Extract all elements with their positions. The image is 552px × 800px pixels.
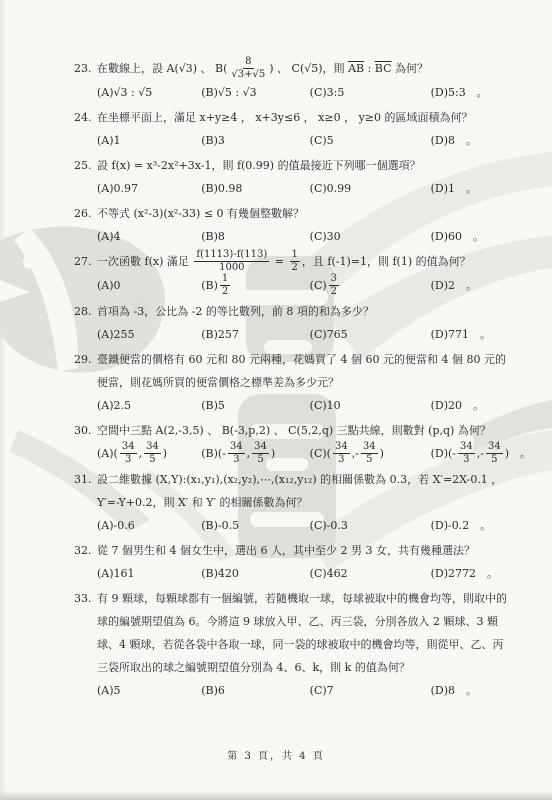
option-label: (C) — [310, 182, 327, 195]
option-value: 2.5 — [114, 399, 132, 412]
option-a: (A)-0.6 — [97, 514, 201, 537]
option-value: 6 — [218, 684, 225, 697]
option-label: (D) — [431, 279, 448, 292]
option-label: (D) — [431, 134, 448, 147]
option-value: 7 — [327, 684, 334, 697]
option-b: (B)-0.5 — [201, 514, 309, 537]
option-d: (D)2 。 — [431, 274, 514, 297]
option-label: (D) — [431, 86, 448, 99]
option-value: -0.5 — [218, 519, 239, 532]
option-label: (D) — [431, 519, 448, 532]
option-c: (C)7 — [310, 679, 431, 702]
option-b: (B)12 — [201, 274, 309, 298]
question-number: 23. — [74, 57, 97, 80]
option-d: (D)5:3 。 — [431, 81, 514, 104]
option-label: (A) — [97, 567, 114, 580]
question-26: 26. 不等式 (x²-3)(x²-33) ≤ 0 有幾個整數解？ (A)4 (… — [74, 202, 514, 248]
question-stem-row: 23. 在數線上，設 A(√3) 、 B(8√3+√5) 、 C(√5)，則 A… — [74, 57, 514, 81]
option-d: (D)20 。 — [431, 394, 514, 417]
question-number: 25. — [74, 154, 97, 177]
question-number: 30. — [74, 419, 97, 442]
question-27: 27. 一次函數 f(x) 滿足 f(1113)-f(113)1000 = 12… — [74, 250, 514, 298]
option-label: (B) — [201, 684, 218, 697]
question-stem-row: 33. 有 9 顆球，每顆球都有一個編號，若隨機取一球，每球被取中的機會均等，則… — [74, 587, 514, 679]
option-label: (A) — [97, 328, 114, 341]
option-value: 161 — [114, 567, 135, 580]
option-value: 30 — [327, 230, 341, 243]
option-c: (C)-0.3 — [310, 514, 431, 537]
option-a: (A)1 — [97, 129, 201, 152]
option-a: (A)0 — [97, 274, 201, 297]
option-a: (A)(343,345) — [97, 442, 201, 466]
question-29: 29. 臺鐵便當的價格有 60 元和 80 元兩種，花媽買了 4 個 60 元的… — [74, 348, 514, 417]
option-c: (C)10 — [310, 394, 431, 417]
option-label: (B) — [201, 86, 218, 99]
option-a: (A)4 — [97, 225, 201, 248]
option-label: (B) — [201, 279, 218, 292]
option-label: (A) — [97, 182, 114, 195]
option-d: (D)8 。 — [431, 129, 514, 152]
option-label: (A) — [97, 86, 114, 99]
option-label: (D) — [431, 230, 448, 243]
option-value: 420 — [218, 567, 239, 580]
options-row: (A)161 (B)420 (C)462 (D)2772 。 — [74, 562, 514, 585]
option-label: (C) — [310, 328, 327, 341]
option-value: 255 — [114, 328, 135, 341]
option-label: (B) — [201, 519, 218, 532]
options-row: (A)(343,345) (B)(-343,345) (C)(343,-345)… — [74, 442, 514, 466]
question-stem-row: 28. 首項為 -3，公比為 -2 的等比數列，前 8 項的和為多少？ — [74, 300, 514, 323]
question-stem: 從 7 個男生和 4 個女生中，選出 6 人，其中至少 2 男 3 女，共有幾種… — [97, 539, 514, 562]
option-label: (B) — [201, 230, 218, 243]
option-d: (D)-0.2 。 — [431, 514, 514, 537]
question-stem: 臺鐵便當的價格有 60 元和 80 元兩種，花媽買了 4 個 60 元的便當和 … — [97, 348, 514, 394]
option-label: (D) — [431, 567, 448, 580]
option-value: 257 — [218, 328, 239, 341]
option-d: (D)60 。 — [431, 225, 514, 248]
option-c: (C)32 — [310, 274, 431, 298]
options-row: (A)1 (B)3 (C)5 (D)8 。 — [74, 129, 514, 152]
option-value: 32 — [327, 279, 341, 292]
option-value: 1 — [114, 134, 121, 147]
option-value: -0.2 。 — [448, 519, 491, 532]
option-label: (B) — [201, 567, 218, 580]
option-value: 5 — [327, 134, 334, 147]
question-number: 27. — [74, 250, 97, 273]
option-b: (B)257 — [201, 323, 309, 346]
option-label: (D) — [431, 182, 448, 195]
option-c: (C)462 — [310, 562, 431, 585]
option-value: 5 — [218, 399, 225, 412]
question-stem-row: 27. 一次函數 f(x) 滿足 f(1113)-f(113)1000 = 12… — [74, 250, 514, 274]
question-stem-row: 29. 臺鐵便當的價格有 60 元和 80 元兩種，花媽買了 4 個 60 元的… — [74, 348, 514, 394]
option-value: 765 — [327, 328, 348, 341]
options-row: (A)255 (B)257 (C)765 (D)771 。 — [74, 323, 514, 346]
question-number: 28. — [74, 300, 97, 323]
option-value: 12 — [218, 279, 232, 292]
question-31: 31. 設二維數據 (X,Y):(x₁,y₁),(x₂,y₂),⋯,(x₁₂,y… — [74, 468, 514, 537]
question-33: 33. 有 9 顆球，每顆球都有一個編號，若隨機取一球，每球被取中的機會均等，則… — [74, 587, 514, 702]
option-label: (C) — [310, 684, 327, 697]
option-label: (A) — [97, 447, 114, 460]
option-value: 8 — [218, 230, 225, 243]
question-24: 24. 在坐標平面上，滿足 x+y≥4 ， x+3y≤6 ， x≥0 ， y≥0… — [74, 106, 514, 152]
option-value: 8 。 — [448, 134, 477, 147]
question-stem: 首項為 -3，公比為 -2 的等比數列，前 8 項的和為多少？ — [97, 300, 514, 323]
option-label: (D) — [431, 684, 448, 697]
option-value: 5 — [114, 684, 121, 697]
question-stem: 一次函數 f(x) 滿足 f(1113)-f(113)1000 = 12，且 f… — [97, 250, 514, 274]
option-b: (B)0.98 — [201, 177, 309, 200]
question-25: 25. 設 f(x) = x³-2x²+3x-1，則 f(0.99) 的值最接近… — [74, 154, 514, 200]
options-row: (A)-0.6 (B)-0.5 (C)-0.3 (D)-0.2 。 — [74, 514, 514, 537]
option-d: (D)8 。 — [431, 679, 514, 702]
option-c: (C)(343,-345) — [310, 442, 431, 466]
question-stem: 空間中三點 A(2,-3,5) 、 B(-3,p,2) 、 C(5,2,q) 三… — [97, 419, 514, 442]
question-32: 32. 從 7 個男生和 4 個女生中，選出 6 人，其中至少 2 男 3 女，… — [74, 539, 514, 585]
option-label: (A) — [97, 134, 114, 147]
option-label: (A) — [97, 230, 114, 243]
option-c: (C)0.99 — [310, 177, 431, 200]
question-28: 28. 首項為 -3，公比為 -2 的等比數列，前 8 項的和為多少？ (A)2… — [74, 300, 514, 346]
option-label: (C) — [310, 279, 327, 292]
question-number: 32. — [74, 539, 97, 562]
option-value: 0.99 — [327, 182, 352, 195]
exam-page: 23. 在數線上，設 A(√3) 、 B(8√3+√5) 、 C(√5)，則 A… — [0, 0, 552, 800]
question-stem: 設 f(x) = x³-2x²+3x-1，則 f(0.99) 的值最接近下列哪一… — [97, 154, 514, 177]
option-b: (B)3 — [201, 129, 309, 152]
question-stem-row: 25. 設 f(x) = x³-2x²+3x-1，則 f(0.99) 的值最接近… — [74, 154, 514, 177]
option-b: (B)5 — [201, 394, 309, 417]
question-number: 31. — [74, 468, 97, 491]
option-label: (C) — [310, 134, 327, 147]
option-c: (C)30 — [310, 225, 431, 248]
option-label: (A) — [97, 399, 114, 412]
question-stem: 在數線上，設 A(√3) 、 B(8√3+√5) 、 C(√5)，則 AB : … — [97, 57, 514, 81]
options-row: (A)√3 : √5 (B)√5 : √3 (C)3:5 (D)5:3 。 — [74, 81, 514, 104]
option-c: (C)5 — [310, 129, 431, 152]
option-b: (B)6 — [201, 679, 309, 702]
question-stem: 在坐標平面上，滿足 x+y≥4 ， x+3y≤6 ， x≥0 ， y≥0 的區域… — [97, 106, 514, 129]
option-value: 20 。 — [448, 399, 484, 412]
option-c: (C)3:5 — [310, 81, 431, 104]
option-value: 1 。 — [448, 182, 477, 195]
options-row: (A)5 (B)6 (C)7 (D)8 。 — [74, 679, 514, 702]
option-label: (C) — [310, 447, 327, 460]
option-a: (A)161 — [97, 562, 201, 585]
option-label: (B) — [201, 447, 218, 460]
option-label: (D) — [431, 447, 448, 460]
option-value: 3 — [218, 134, 225, 147]
option-label: (A) — [97, 519, 114, 532]
option-value: -0.3 — [327, 519, 348, 532]
question-30: 30. 空間中三點 A(2,-3,5) 、 B(-3,p,2) 、 C(5,2,… — [74, 419, 514, 466]
option-d: (D)771 。 — [431, 323, 514, 346]
option-label: (D) — [431, 328, 448, 341]
option-value: 462 — [327, 567, 348, 580]
option-value: 3:5 — [327, 86, 345, 99]
option-label: (A) — [97, 279, 114, 292]
option-value: 0.97 — [114, 182, 139, 195]
question-stem: 設二維數據 (X,Y):(x₁,y₁),(x₂,y₂),⋯,(x₁₂,y₁₂) … — [97, 468, 514, 514]
option-value: √3 : √5 — [114, 86, 153, 99]
option-label: (B) — [201, 182, 218, 195]
options-row: (A)2.5 (B)5 (C)10 (D)20 。 — [74, 394, 514, 417]
option-a: (A)5 — [97, 679, 201, 702]
option-value: 0 — [114, 279, 121, 292]
option-label: (C) — [310, 86, 327, 99]
question-list: 23. 在數線上，設 A(√3) 、 B(8√3+√5) 、 C(√5)，則 A… — [74, 57, 514, 704]
option-value: (343,-345) — [327, 447, 384, 460]
option-c: (C)765 — [310, 323, 431, 346]
option-d: (D)1 。 — [431, 177, 514, 200]
options-row: (A)4 (B)8 (C)30 (D)60 。 — [74, 225, 514, 248]
question-stem-row: 32. 從 7 個男生和 4 個女生中，選出 6 人，其中至少 2 男 3 女，… — [74, 539, 514, 562]
option-value: (-343,345) — [218, 447, 275, 460]
option-label: (B) — [201, 399, 218, 412]
question-stem: 有 9 顆球，每顆球都有一個編號，若隨機取一球，每球被取中的機會均等，則取中的球… — [97, 587, 514, 679]
option-a: (A)2.5 — [97, 394, 201, 417]
options-row: (A)0 (B)12 (C)32 (D)2 。 — [74, 274, 514, 298]
option-value: √5 : √3 — [218, 86, 257, 99]
option-b: (B)(-343,345) — [201, 442, 309, 466]
question-number: 29. — [74, 348, 97, 371]
option-value: 10 — [327, 399, 341, 412]
option-b: (B)√5 : √3 — [201, 81, 309, 104]
option-value: -0.6 — [114, 519, 135, 532]
option-b: (B)420 — [201, 562, 309, 585]
option-value: 771 。 — [448, 328, 491, 341]
question-number: 26. — [74, 202, 97, 225]
option-label: (C) — [310, 230, 327, 243]
option-value: (343,345) — [114, 447, 168, 460]
option-value: 2772 。 — [448, 567, 498, 580]
option-a: (A)255 — [97, 323, 201, 346]
option-label: (D) — [431, 399, 448, 412]
question-stem-row: 31. 設二維數據 (X,Y):(x₁,y₁),(x₂,y₂),⋯,(x₁₂,y… — [74, 468, 514, 514]
page-footer: 第 3 頁，共 4 頁 — [0, 747, 552, 762]
option-value: 60 。 — [448, 230, 484, 243]
option-label: (A) — [97, 684, 114, 697]
option-value: 5:3 。 — [448, 86, 488, 99]
option-label: (B) — [201, 134, 218, 147]
option-value: 4 — [114, 230, 121, 243]
option-d: (D)2772 。 — [431, 562, 514, 585]
option-b: (B)8 — [201, 225, 309, 248]
option-label: (C) — [310, 519, 327, 532]
option-label: (B) — [201, 328, 218, 341]
option-label: (C) — [310, 567, 327, 580]
question-stem-row: 24. 在坐標平面上，滿足 x+y≥4 ， x+3y≤6 ， x≥0 ， y≥0… — [74, 106, 514, 129]
question-stem-row: 30. 空間中三點 A(2,-3,5) 、 B(-3,p,2) 、 C(5,2,… — [74, 419, 514, 442]
option-a: (A)√3 : √5 — [97, 81, 201, 104]
options-row: (A)0.97 (B)0.98 (C)0.99 (D)1 。 — [74, 177, 514, 200]
option-a: (A)0.97 — [97, 177, 201, 200]
option-value: (-343,-345) 。 — [448, 447, 531, 460]
option-value: 2 。 — [448, 279, 477, 292]
question-stem: 不等式 (x²-3)(x²-33) ≤ 0 有幾個整數解？ — [97, 202, 514, 225]
question-stem-row: 26. 不等式 (x²-3)(x²-33) ≤ 0 有幾個整數解？ — [74, 202, 514, 225]
option-d: (D)(-343,-345) 。 — [431, 442, 514, 466]
option-value: 0.98 — [218, 182, 243, 195]
question-number: 24. — [74, 106, 97, 129]
page-number-label: 第 3 頁，共 4 頁 — [227, 751, 324, 762]
question-23: 23. 在數線上，設 A(√3) 、 B(8√3+√5) 、 C(√5)，則 A… — [74, 57, 514, 104]
option-value: 8 。 — [448, 684, 477, 697]
question-number: 33. — [74, 587, 97, 610]
option-label: (C) — [310, 399, 327, 412]
